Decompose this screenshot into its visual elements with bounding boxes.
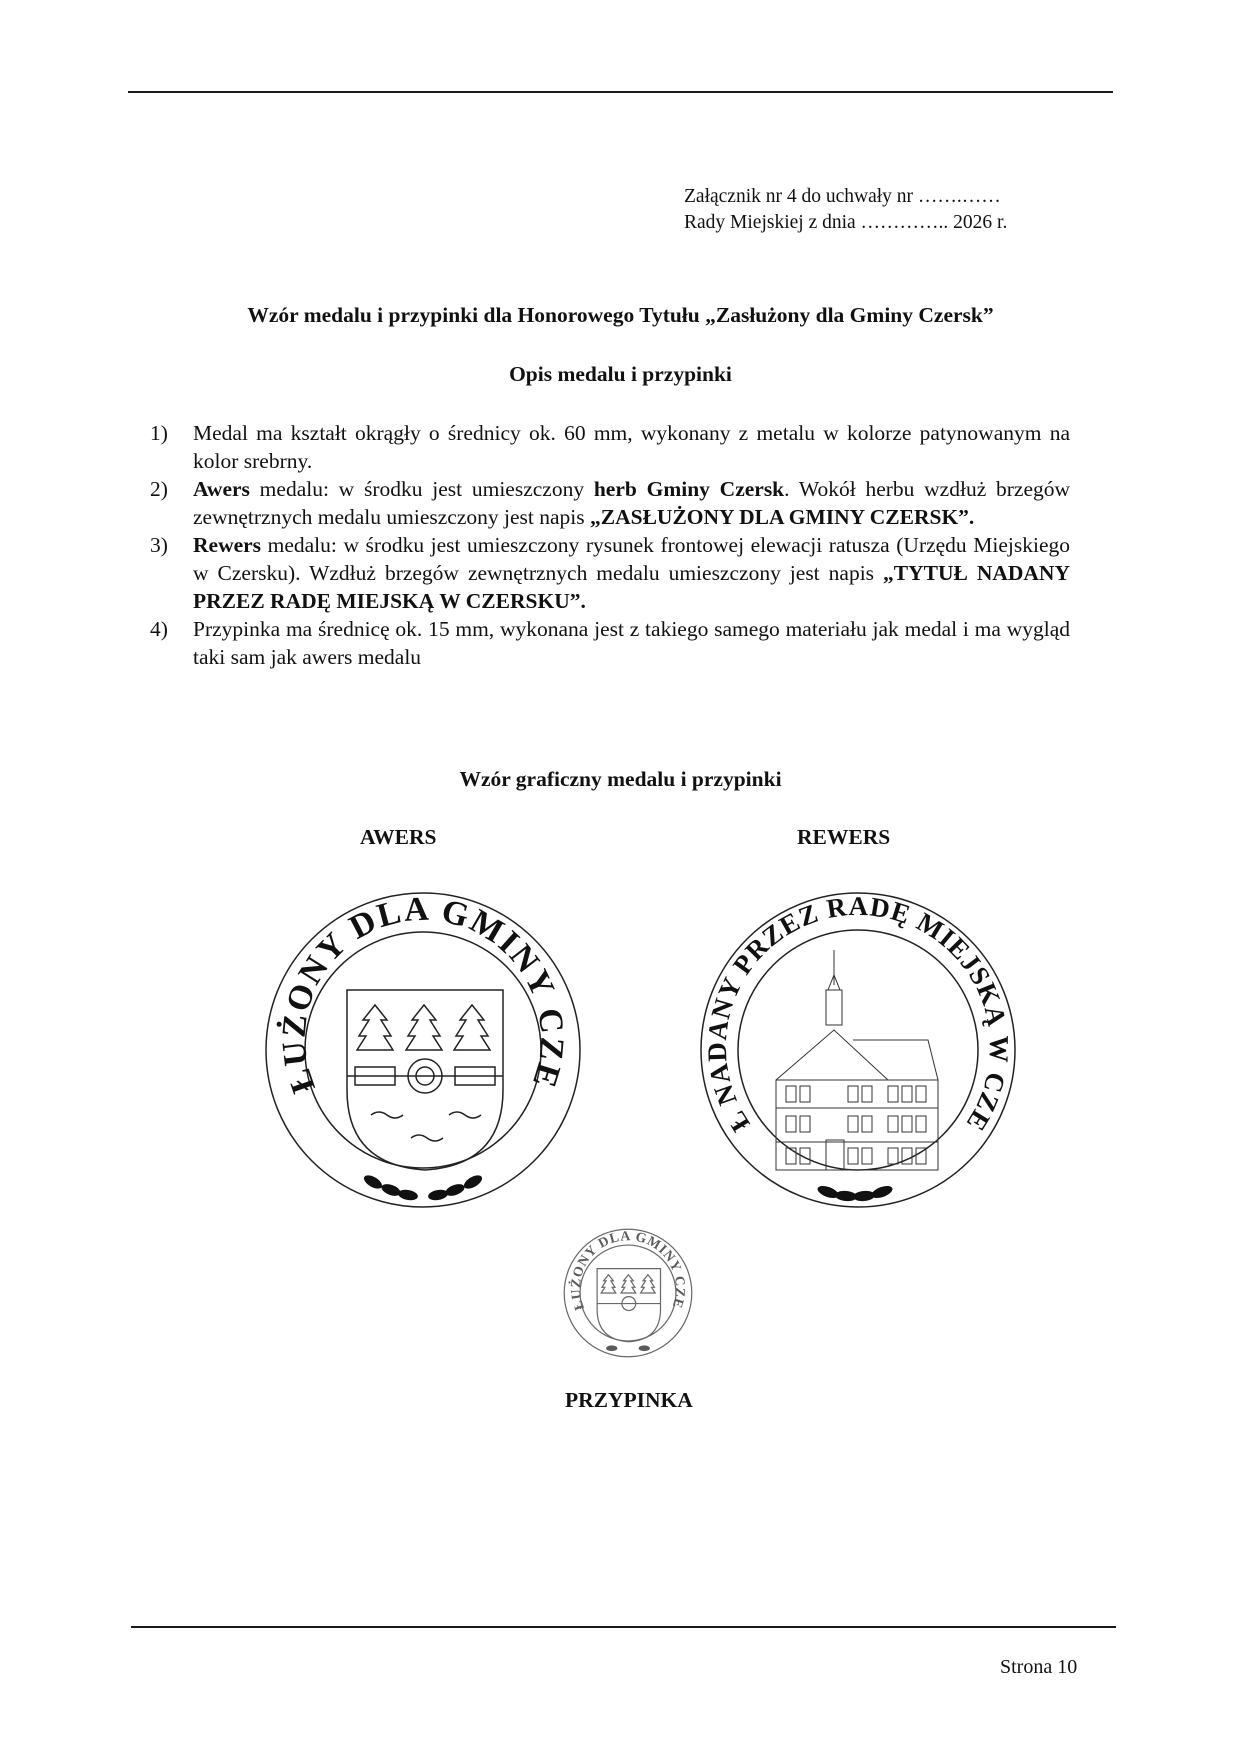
pin-label: PRZYPINKA xyxy=(565,1388,693,1413)
rewers-medal-image: TYTUŁ NADANY PRZEZ RADĘ MIEJSKĄ W CZERSK… xyxy=(698,890,1018,1210)
description-heading: Opis medalu i przypinki xyxy=(0,362,1241,387)
item-number: 4) xyxy=(150,615,168,643)
description-item: 1)Medal ma kształt okrągły o średnicy ok… xyxy=(150,419,1070,475)
laurel-icon xyxy=(816,1184,894,1202)
description-item: 3)Rewers medalu: w środku jest umieszczo… xyxy=(150,531,1070,615)
bold-text: herb Gminy Czersk xyxy=(594,477,784,501)
pin-image: ZASŁUŻONY DLA GMINY CZERSK xyxy=(563,1228,693,1358)
attachment-line-1: Załącznik nr 4 do uchwały nr …….…… xyxy=(684,184,1007,210)
svg-text:ZASŁUŻONY DLA GMINY CZERSK: ZASŁUŻONY DLA GMINY CZERSK xyxy=(563,1228,688,1312)
item-text: medalu: w środku jest umieszczony xyxy=(250,477,594,501)
footer-rule xyxy=(131,1626,1116,1628)
item-text: Medal ma kształt okrągły o średnicy ok. … xyxy=(193,421,1070,473)
item-number: 2) xyxy=(150,475,168,503)
pin-inscription: ZASŁUŻONY DLA GMINY CZERSK xyxy=(563,1228,688,1312)
coat-of-arms-icon xyxy=(347,990,503,1170)
coat-of-arms-icon xyxy=(597,1269,660,1342)
description-item: 2)Awers medalu: w środku jest umieszczon… xyxy=(150,475,1070,531)
awers-label: AWERS xyxy=(360,825,436,850)
attachment-line-2: Rady Miejskiej z dnia ………….. 2026 r. xyxy=(684,210,1007,236)
rewers-label: REWERS xyxy=(797,825,890,850)
bold-text: Rewers xyxy=(193,533,261,557)
description-list: 1)Medal ma kształt okrągły o średnicy ok… xyxy=(150,419,1070,671)
item-number: 1) xyxy=(150,419,168,447)
bold-text: Awers xyxy=(193,477,250,501)
awers-inscription: ZASŁUŻONY DLA GMINY CZERSK xyxy=(263,890,571,1098)
item-text: Przypinka ma średnicę ok. 15 mm, wykonan… xyxy=(193,617,1070,669)
item-number: 3) xyxy=(150,531,168,559)
town-hall-icon xyxy=(776,950,938,1170)
graphic-heading: Wzór graficzny medalu i przypinki xyxy=(0,767,1241,792)
bold-text: „ZASŁUŻONY DLA GMINY CZERSK”. xyxy=(590,505,974,529)
awers-medal-image: ZASŁUŻONY DLA GMINY CZERSK xyxy=(263,890,583,1210)
document-title: Wzór medalu i przypinki dla Honorowego T… xyxy=(0,303,1241,328)
page-number: Strona 10 xyxy=(1000,1656,1077,1679)
laurel-icon xyxy=(362,1173,484,1202)
attachment-note: Załącznik nr 4 do uchwały nr …….…… Rady … xyxy=(684,184,1007,236)
header-rule xyxy=(128,91,1113,93)
description-item: 4)Przypinka ma średnicę ok. 15 mm, wykon… xyxy=(150,615,1070,671)
svg-text:ZASŁUŻONY DLA GMINY CZERSK: ZASŁUŻONY DLA GMINY CZERSK xyxy=(263,890,571,1098)
